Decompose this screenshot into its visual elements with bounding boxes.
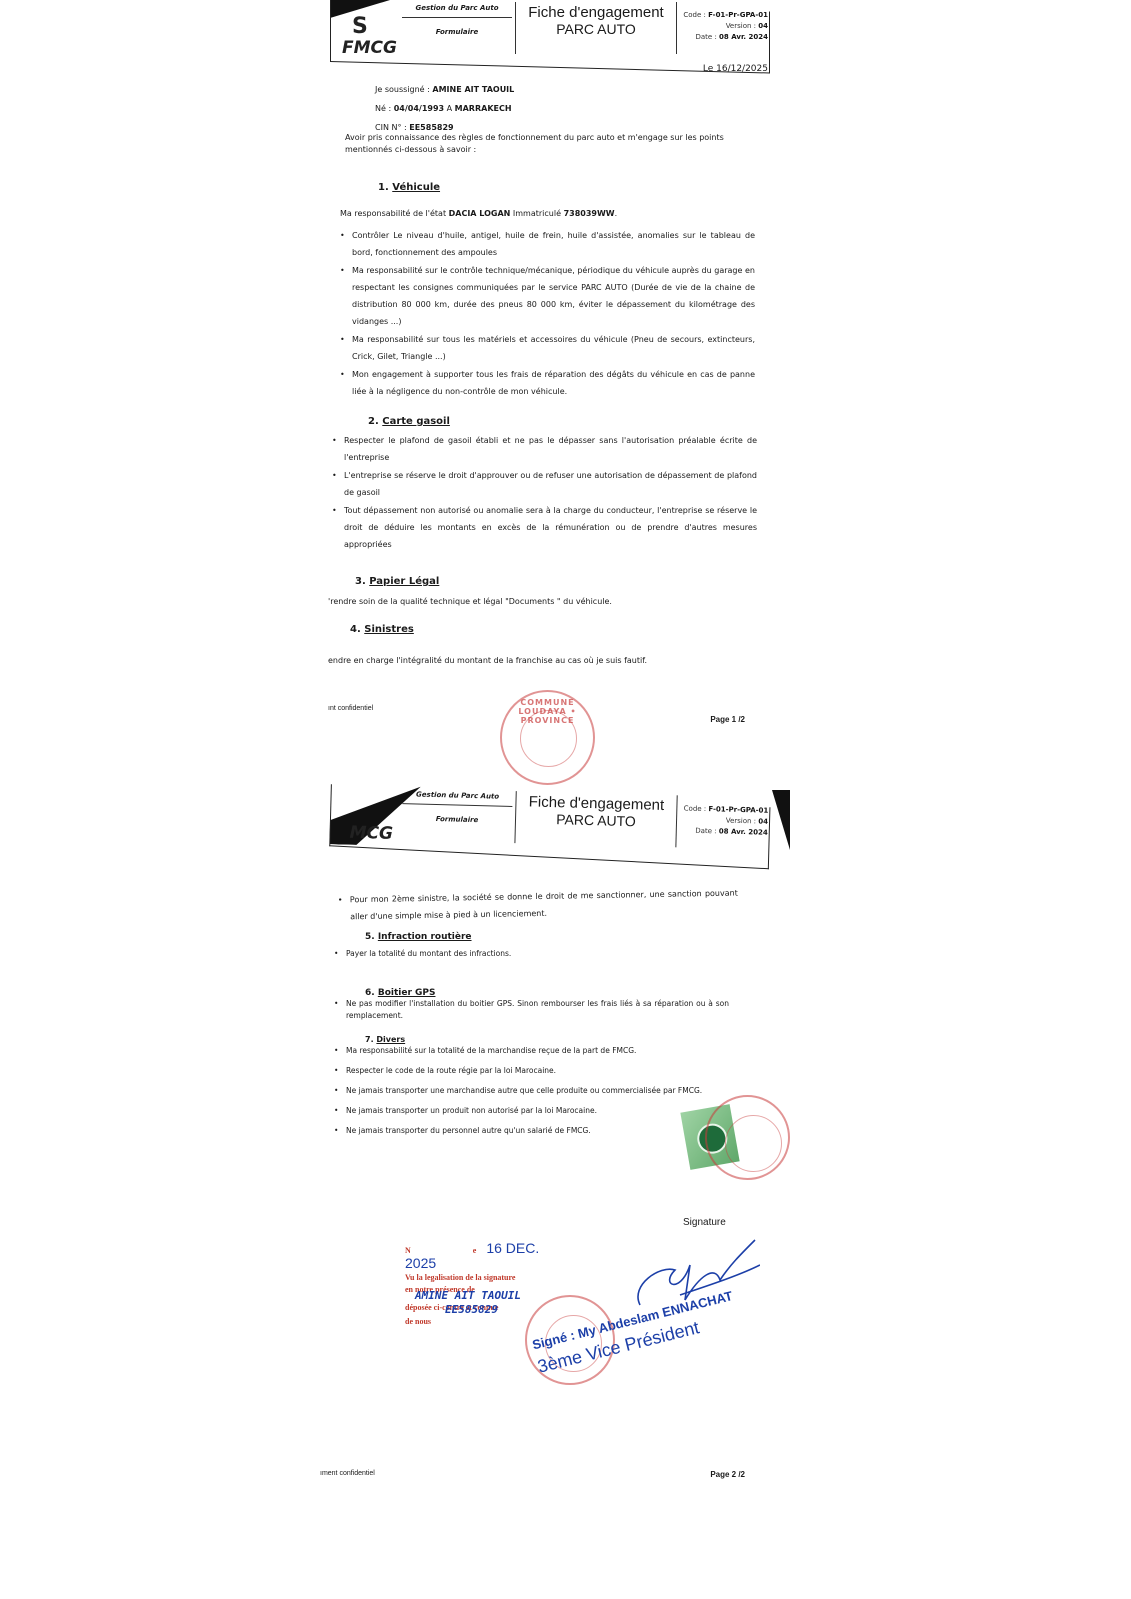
section-divers-title: 7. Divers bbox=[365, 1035, 405, 1044]
section-title-text: Infraction routière bbox=[378, 932, 472, 942]
legal-line-1: Vu la legalisation de la signature bbox=[405, 1272, 555, 1284]
department-label: Gestion du Parc Auto bbox=[402, 790, 512, 807]
document-meta: Code : F-01-Pr-GPA-01 Version : 04 Date … bbox=[682, 10, 768, 43]
list-item: Contrôler Le niveau d'huile, antigel, hu… bbox=[340, 227, 755, 261]
code-value: F-01-Pr-GPA-01 bbox=[708, 805, 768, 815]
department-label: Gestion du Parc Auto bbox=[402, 4, 512, 18]
lead-suffix: . bbox=[615, 209, 618, 218]
born-connector: A bbox=[447, 104, 452, 113]
page-number: Page 1 /2 bbox=[710, 715, 745, 724]
vehicle-model: DACIA LOGAN bbox=[449, 209, 511, 218]
lead-prefix: Ma responsabilité de l'état bbox=[340, 209, 449, 218]
infraction-bullets: Payer la totalité du montant des infract… bbox=[334, 945, 749, 963]
sinistres-text: endre en charge l'intégralité du montant… bbox=[328, 652, 738, 669]
document-page-1: S FMCG Gestion du Parc Auto Formulaire F… bbox=[320, 0, 780, 745]
list-item: Payer la totalité du montant des infract… bbox=[334, 945, 749, 962]
code-label: Code : bbox=[684, 804, 707, 813]
gasoil-bullets: Respecter le plafond de gasoil établi et… bbox=[332, 432, 757, 554]
list-item: Pour mon 2ème sinistre, la société se do… bbox=[338, 885, 739, 926]
version-label: Version : bbox=[726, 817, 757, 826]
logo-s-icon: S bbox=[352, 14, 368, 39]
list-item: Ma responsabilité sur la totalité de la … bbox=[334, 1045, 729, 1057]
birth-place: MARRAKECH bbox=[455, 104, 512, 113]
undersigned-label: Je soussigné : bbox=[375, 85, 430, 94]
list-item: L'entreprise se réserve le droit d'appro… bbox=[332, 467, 757, 501]
section-title-text: Papier Légal bbox=[369, 576, 439, 587]
page-edge-shadow bbox=[772, 790, 790, 850]
section-gps-title: 6. Boitier GPS bbox=[365, 988, 435, 998]
commune-stamp bbox=[705, 1095, 790, 1180]
list-item: Ne pas modifier l'installation du boitie… bbox=[334, 998, 729, 1022]
fmcg-logo: S FMCG bbox=[330, 0, 400, 62]
undersigned-name: AMINE AIT TAOUIL bbox=[432, 85, 514, 94]
section-number: 3. bbox=[355, 576, 366, 587]
commune-stamp: COMMUNE LOUDAYA • PROVINCE bbox=[500, 690, 595, 785]
list-item: Ne jamais transporter une marchandise au… bbox=[334, 1085, 729, 1097]
footer-confidential: ınt confidentiel bbox=[328, 705, 373, 712]
gps-bullets: Ne pas modifier l'installation du boitie… bbox=[334, 998, 729, 1023]
document-title: Fiche d'engagement PARC AUTO bbox=[514, 791, 677, 847]
section-papier-legal-title: 3. Papier Légal bbox=[355, 576, 439, 587]
continuation-bullets: Pour mon 2ème sinistre, la société se do… bbox=[338, 885, 739, 927]
section-title-text: Carte gasoil bbox=[382, 416, 450, 427]
vehicle-lead: Ma responsabilité de l'état DACIA LOGAN … bbox=[340, 205, 750, 222]
section-title-text: Véhicule bbox=[392, 182, 440, 193]
lead-middle: Immatriculé bbox=[510, 209, 563, 218]
section-number: 1. bbox=[378, 182, 389, 193]
list-item: Ma responsabilité sur le contrôle techni… bbox=[340, 262, 755, 330]
code-value: F-01-Pr-GPA-01 bbox=[708, 11, 768, 19]
list-item: Respecter le plafond de gasoil établi et… bbox=[332, 432, 757, 466]
birth-date: 04/04/1993 bbox=[394, 104, 444, 113]
date-label: Date : bbox=[695, 33, 716, 41]
stamp-text: COMMUNE LOUDAYA • PROVINCE bbox=[502, 698, 593, 725]
vehicle-plate: 738039WW bbox=[564, 209, 615, 218]
date-label: Date : bbox=[695, 827, 717, 836]
section-sinistres-title: 4. Sinistres bbox=[350, 624, 414, 635]
form-type-label: Formulaire bbox=[402, 28, 512, 36]
born-label: Né : bbox=[375, 104, 391, 113]
section-number: 6. bbox=[365, 988, 375, 998]
legal-date-prefix: e bbox=[473, 1246, 477, 1255]
fmcg-logo: MCG bbox=[329, 784, 401, 848]
document-date: Le 16/12/2025 bbox=[703, 64, 768, 74]
list-item: Ne jamais transporter du personnel autre… bbox=[334, 1125, 729, 1137]
vehicle-bullets: Contrôler Le niveau d'huile, antigel, hu… bbox=[340, 227, 755, 401]
section-vehicule-title: 1. Véhicule bbox=[378, 182, 440, 193]
list-item: Tout dépassement non autorisé ou anomali… bbox=[332, 502, 757, 553]
logo-text: FMCG bbox=[342, 38, 397, 58]
version-value: 04 bbox=[758, 817, 768, 825]
section-title-text: Sinistres bbox=[364, 624, 414, 635]
title-line-1: Fiche d'engagement bbox=[516, 4, 676, 21]
handwritten-name: AMINE AIT TAOUIL bbox=[415, 1290, 555, 1302]
cin-label: CIN N° : bbox=[375, 123, 407, 132]
cin-value: EE585829 bbox=[409, 123, 453, 132]
section-title-text: Divers bbox=[376, 1035, 405, 1044]
section-infraction-title: 5. Infraction routière bbox=[365, 932, 472, 942]
document-meta: Code : F-01-Pr-GPA-01 Version : 04 Date … bbox=[682, 803, 769, 838]
list-item: Mon engagement à supporter tous les frai… bbox=[340, 366, 755, 400]
legalization-date: 16 DEC. 2025 bbox=[405, 1240, 539, 1271]
document-page-2: MCG Gestion du Parc Auto Formulaire Fich… bbox=[320, 790, 780, 1510]
intro-paragraph: Avoir pris connaissance des règles de fo… bbox=[345, 132, 760, 156]
page-number: Page 2 /2 bbox=[710, 1470, 745, 1479]
code-label: Code : bbox=[683, 11, 706, 19]
legal-number-label: N bbox=[405, 1246, 411, 1255]
version-label: Version : bbox=[726, 22, 756, 30]
section-number: 2. bbox=[368, 416, 379, 427]
section-title-text: Boitier GPS bbox=[378, 988, 436, 998]
identity-block: Je soussigné : AMINE AIT TAOUIL Né : 04/… bbox=[375, 80, 514, 137]
section-number: 7. bbox=[365, 1035, 374, 1044]
footer-confidential: ıment confidentiel bbox=[320, 1470, 375, 1477]
signature-label: Signature bbox=[683, 1217, 726, 1228]
list-item: Ne jamais transporter un produit non aut… bbox=[334, 1105, 729, 1117]
list-item: Respecter le code de la route régie par … bbox=[334, 1065, 729, 1077]
list-item: Ma responsabilité sur tous les matériels… bbox=[340, 331, 755, 365]
section-number: 4. bbox=[350, 624, 361, 635]
version-value: 04 bbox=[758, 22, 768, 30]
section-carte-gasoil-title: 2. Carte gasoil bbox=[368, 416, 450, 427]
document-header: S FMCG Gestion du Parc Auto Formulaire F… bbox=[330, 0, 770, 62]
document-header: MCG Gestion du Parc Auto Formulaire Fich… bbox=[329, 784, 770, 857]
date-value: 08 Avr. 2024 bbox=[719, 827, 768, 836]
document-title: Fiche d'engagement PARC AUTO bbox=[515, 2, 677, 54]
logo-text: MCG bbox=[349, 823, 393, 844]
section-number: 5. bbox=[365, 932, 375, 942]
title-line-2: PARC AUTO bbox=[516, 21, 676, 37]
divers-bullets: Ma responsabilité sur la totalité de la … bbox=[334, 1045, 729, 1138]
date-value: 08 Avr. 2024 bbox=[719, 33, 768, 41]
papier-legal-text: 'rendre soin de la qualité technique et … bbox=[328, 593, 738, 610]
